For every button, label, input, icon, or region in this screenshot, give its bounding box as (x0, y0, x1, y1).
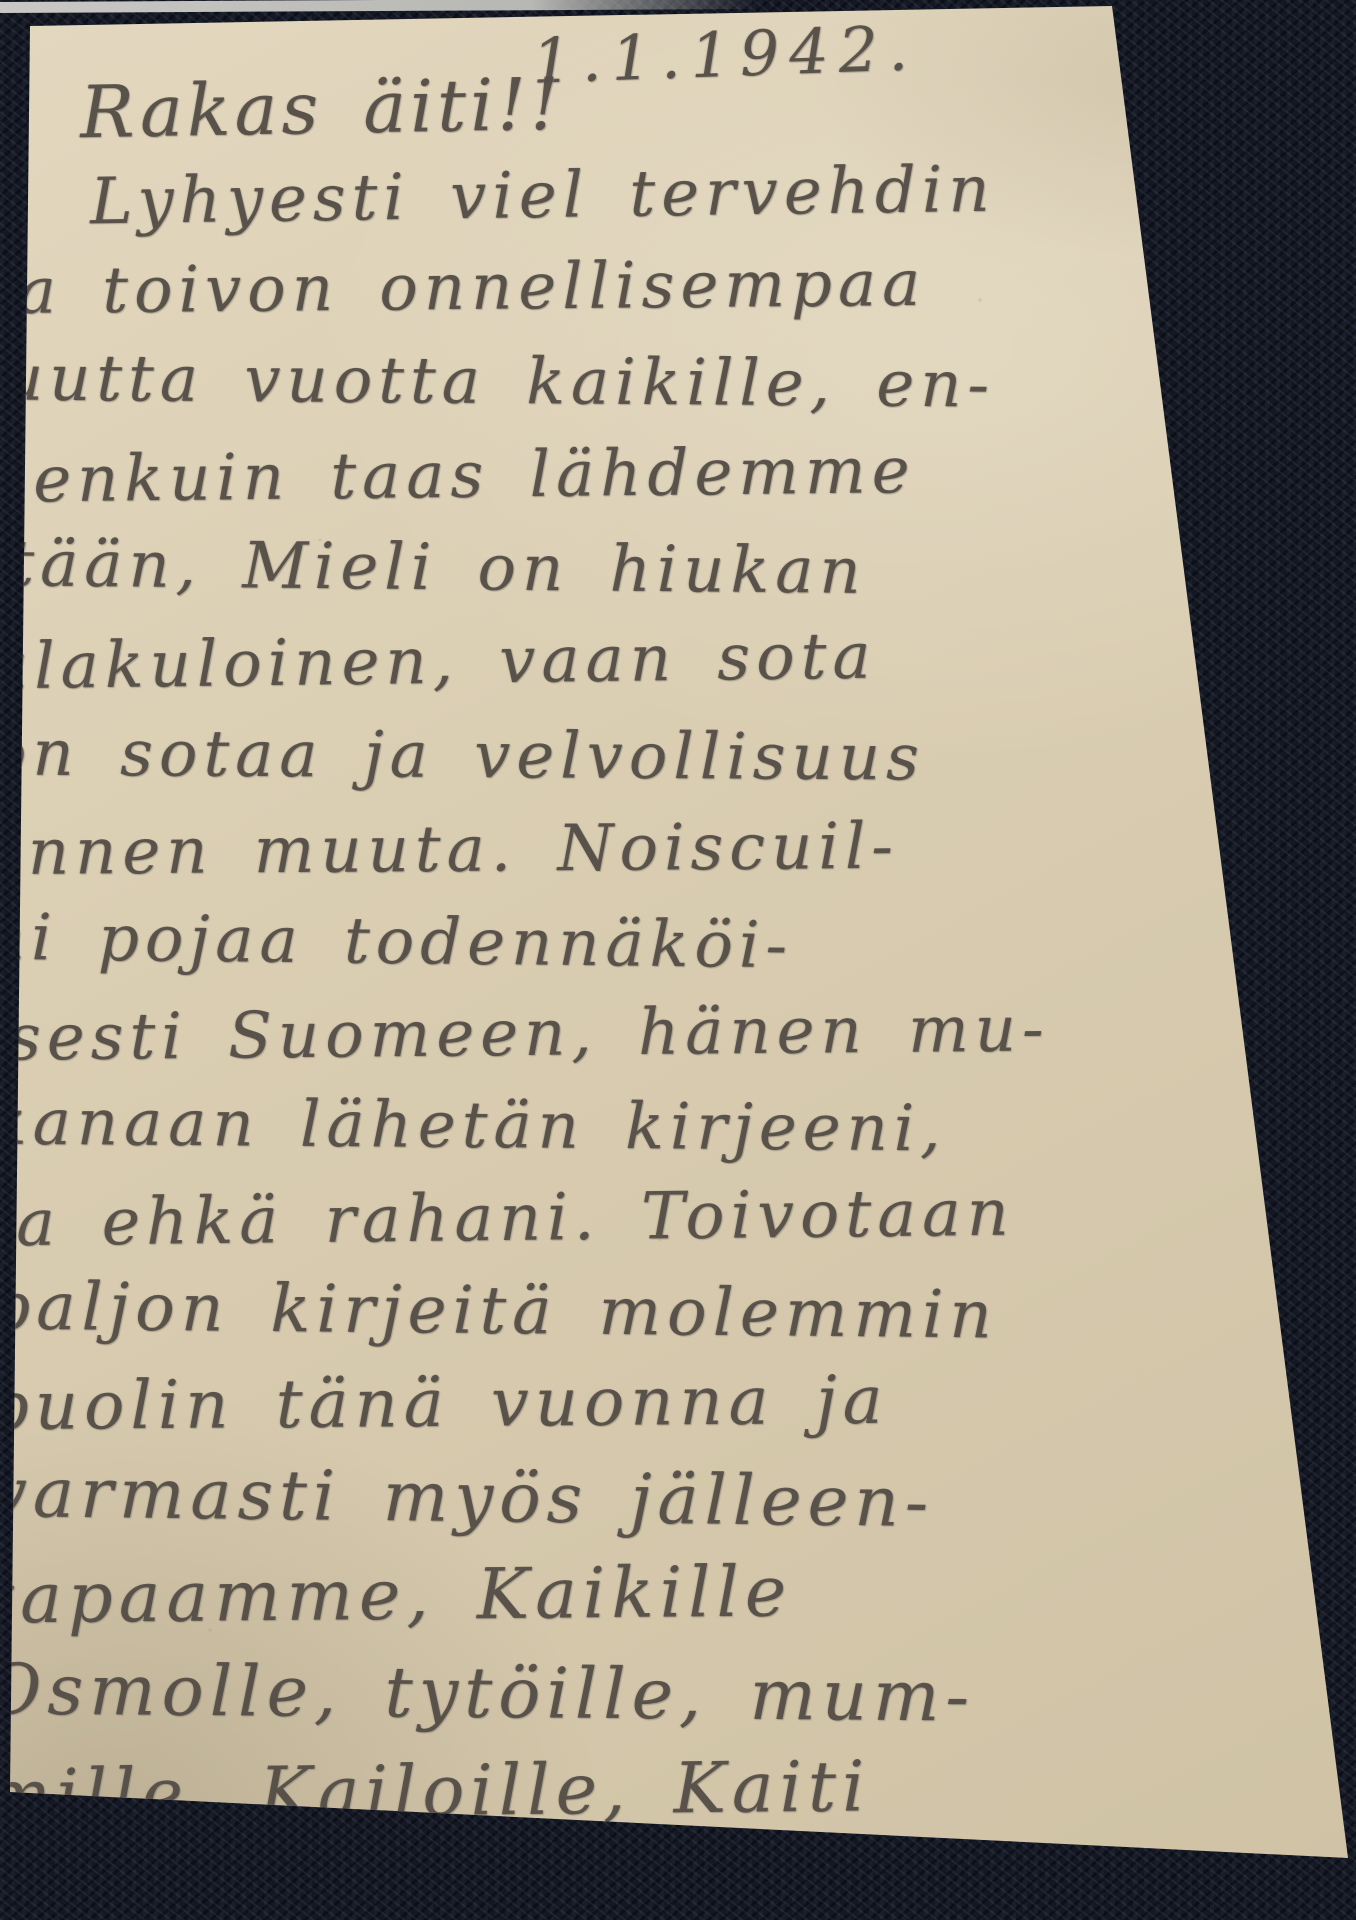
handwriting-line: Lyhyesti viel tervehdin (90, 158, 996, 235)
handwriting-line: varmasti myös jälleen- (0, 1459, 935, 1538)
handwriting-line: ennen muuta. Noiscuil- (0, 815, 899, 885)
handwriting-line: on sotaa ja velvollisuus (0, 722, 925, 791)
handwriting-line: kanaan lähetän kirjeeni, (0, 1091, 947, 1162)
handwriting-line: ja toivon onnellisempaa (0, 252, 927, 324)
handwriting-line: uutta vuotta kaikille, en- (2, 347, 996, 418)
handwriting-line: nenkuin taas lähdemme (0, 439, 916, 513)
letter-salutation: Rakas äiti!! (79, 68, 563, 148)
handwriting-line: ja ehkä rahani. Toivotaan (0, 1181, 1015, 1257)
handwriting-line: ni pojaa todennäköi- (0, 906, 793, 978)
handwriting-line: puolin tänä vuonna ja (0, 1367, 889, 1440)
handwriting-line: paljon kirjeitä molemmin (0, 1274, 998, 1349)
handwriting-line: sesti Suomeen, hänen mu- (8, 997, 1050, 1070)
handwriting-line: alakuloinen, vaan sota (0, 625, 877, 700)
handwriting-line: Osmolle, tytöille, mum- (0, 1655, 975, 1732)
handwriting-line: tapaamme, Kaikille (0, 1556, 793, 1633)
photo-of-letter: 1.1.1942. Rakas äiti!! Lyhyesti viel ter… (0, 0, 1356, 1920)
letter-date: 1.1.1942. (531, 17, 919, 92)
handwriting-line: itään, Mieli on hiukan (0, 532, 867, 604)
